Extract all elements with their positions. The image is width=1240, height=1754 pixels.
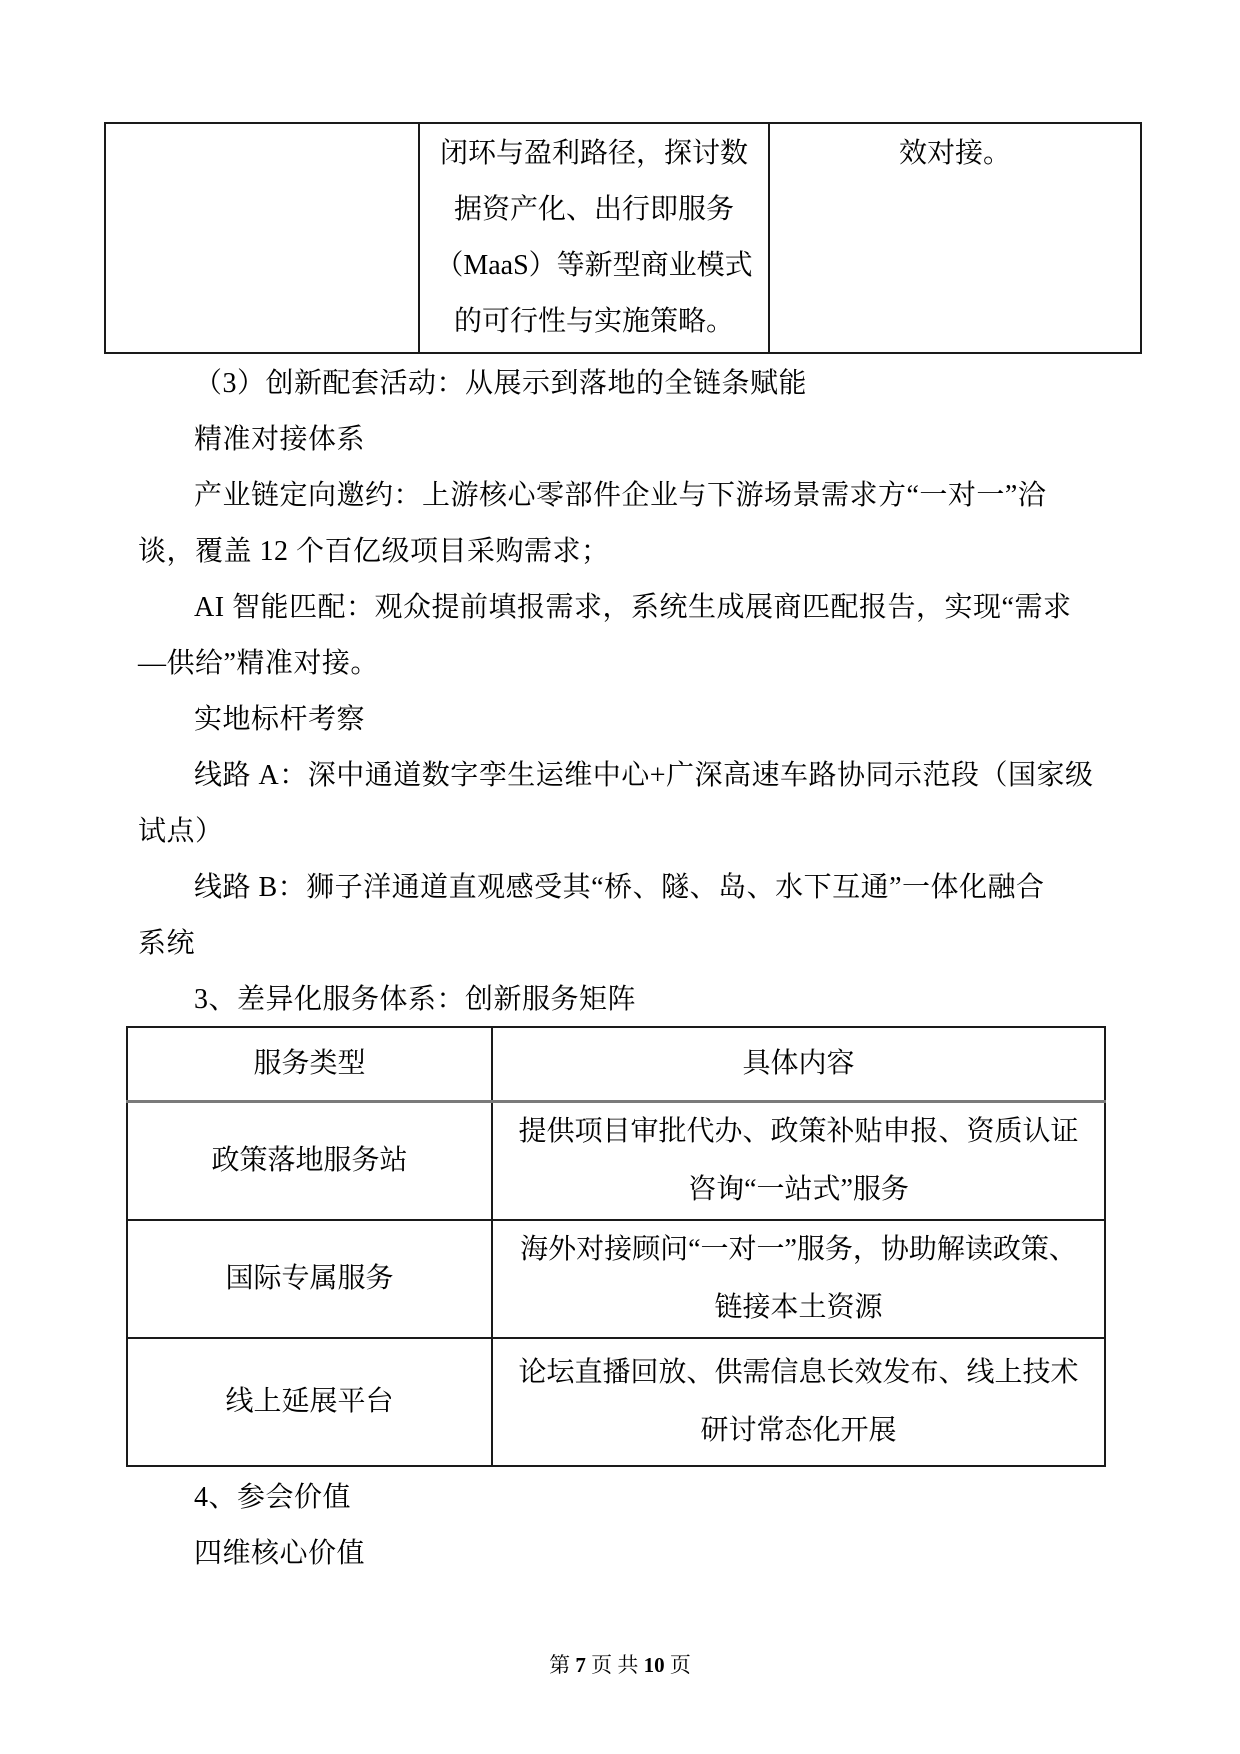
continuation-cell-empty — [105, 123, 419, 353]
service-content-cell: 海外对接顾问“一对一”服务，协助解读政策、 链接本土资源 — [492, 1220, 1105, 1338]
footer-total-pages: 10 — [644, 1653, 665, 1677]
footer-label: 第 — [549, 1653, 575, 1677]
body-paragraph: 精准对接体系 — [138, 412, 1106, 468]
body-text: （3）创新配套活动：从展示到落地的全链条赋能 精准对接体系 产业链定向邀约：上游… — [138, 356, 1106, 1028]
body-paragraph: 四维核心价值 — [138, 1526, 1106, 1582]
body-paragraph: 实地标杆考察 — [138, 692, 1106, 748]
service-type-cell: 线上延展平台 — [127, 1338, 492, 1466]
table-row: 线上延展平台 论坛直播回放、供需信息长效发布、线上技术 研讨常态化开展 — [127, 1338, 1105, 1466]
continuation-table: 闭环与盈利路径，探讨数 据资产化、出行即服务 （MaaS）等新型商业模式 的可行… — [104, 122, 1142, 354]
footer-page-number: 7 — [575, 1653, 586, 1677]
body-paragraph: 线路 A：深中通道数字孪生运维中心+广深高速车路协同示范段（国家级 试点） — [138, 748, 1106, 860]
document-page: 闭环与盈利路径，探讨数 据资产化、出行即服务 （MaaS）等新型商业模式 的可行… — [0, 0, 1240, 1754]
body-paragraph-heading: 3、差异化服务体系：创新服务矩阵 — [138, 972, 1106, 1028]
table-row: 闭环与盈利路径，探讨数 据资产化、出行即服务 （MaaS）等新型商业模式 的可行… — [105, 123, 1141, 353]
footer-label: 页 共 — [586, 1653, 644, 1677]
body-paragraph: 线路 B：狮子洋通道直观感受其“桥、隧、岛、水下互通”一体化融合 系统 — [138, 860, 1106, 972]
footer-label: 页 — [665, 1653, 691, 1677]
header-content: 具体内容 — [492, 1027, 1105, 1101]
body-paragraph-heading: （3）创新配套活动：从展示到落地的全链条赋能 — [138, 356, 1106, 412]
continuation-cell-goal: 效对接。 — [769, 123, 1141, 353]
body-paragraph: AI 智能匹配：观众提前填报需求，系统生成展商匹配报告，实现“需求 —供给”精准… — [138, 580, 1106, 692]
body-paragraph: 产业链定向邀约：上游核心零部件企业与下游场景需求方“一对一”洽 谈，覆盖 12 … — [138, 468, 1106, 580]
service-content-cell: 提供项目审批代办、政策补贴申报、资质认证 咨询“一站式”服务 — [492, 1101, 1105, 1220]
table-row: 政策落地服务站 提供项目审批代办、政策补贴申报、资质认证 咨询“一站式”服务 — [127, 1101, 1105, 1220]
table-header-row: 服务类型 具体内容 — [127, 1027, 1105, 1101]
service-type-cell: 政策落地服务站 — [127, 1101, 492, 1220]
body-text-after-table: 4、参会价值 四维核心价值 — [138, 1470, 1106, 1582]
continuation-cell-topic: 闭环与盈利路径，探讨数 据资产化、出行即服务 （MaaS）等新型商业模式 的可行… — [419, 123, 769, 353]
header-service-type: 服务类型 — [127, 1027, 492, 1101]
service-type-cell: 国际专属服务 — [127, 1220, 492, 1338]
table-row: 国际专属服务 海外对接顾问“一对一”服务，协助解读政策、 链接本土资源 — [127, 1220, 1105, 1338]
service-matrix-table: 服务类型 具体内容 政策落地服务站 提供项目审批代办、政策补贴申报、资质认证 咨… — [126, 1026, 1106, 1467]
body-paragraph-heading: 4、参会价值 — [138, 1470, 1106, 1526]
page-footer: 第 7 页 共 10 页 — [0, 1650, 1240, 1680]
service-content-cell: 论坛直播回放、供需信息长效发布、线上技术 研讨常态化开展 — [492, 1338, 1105, 1466]
